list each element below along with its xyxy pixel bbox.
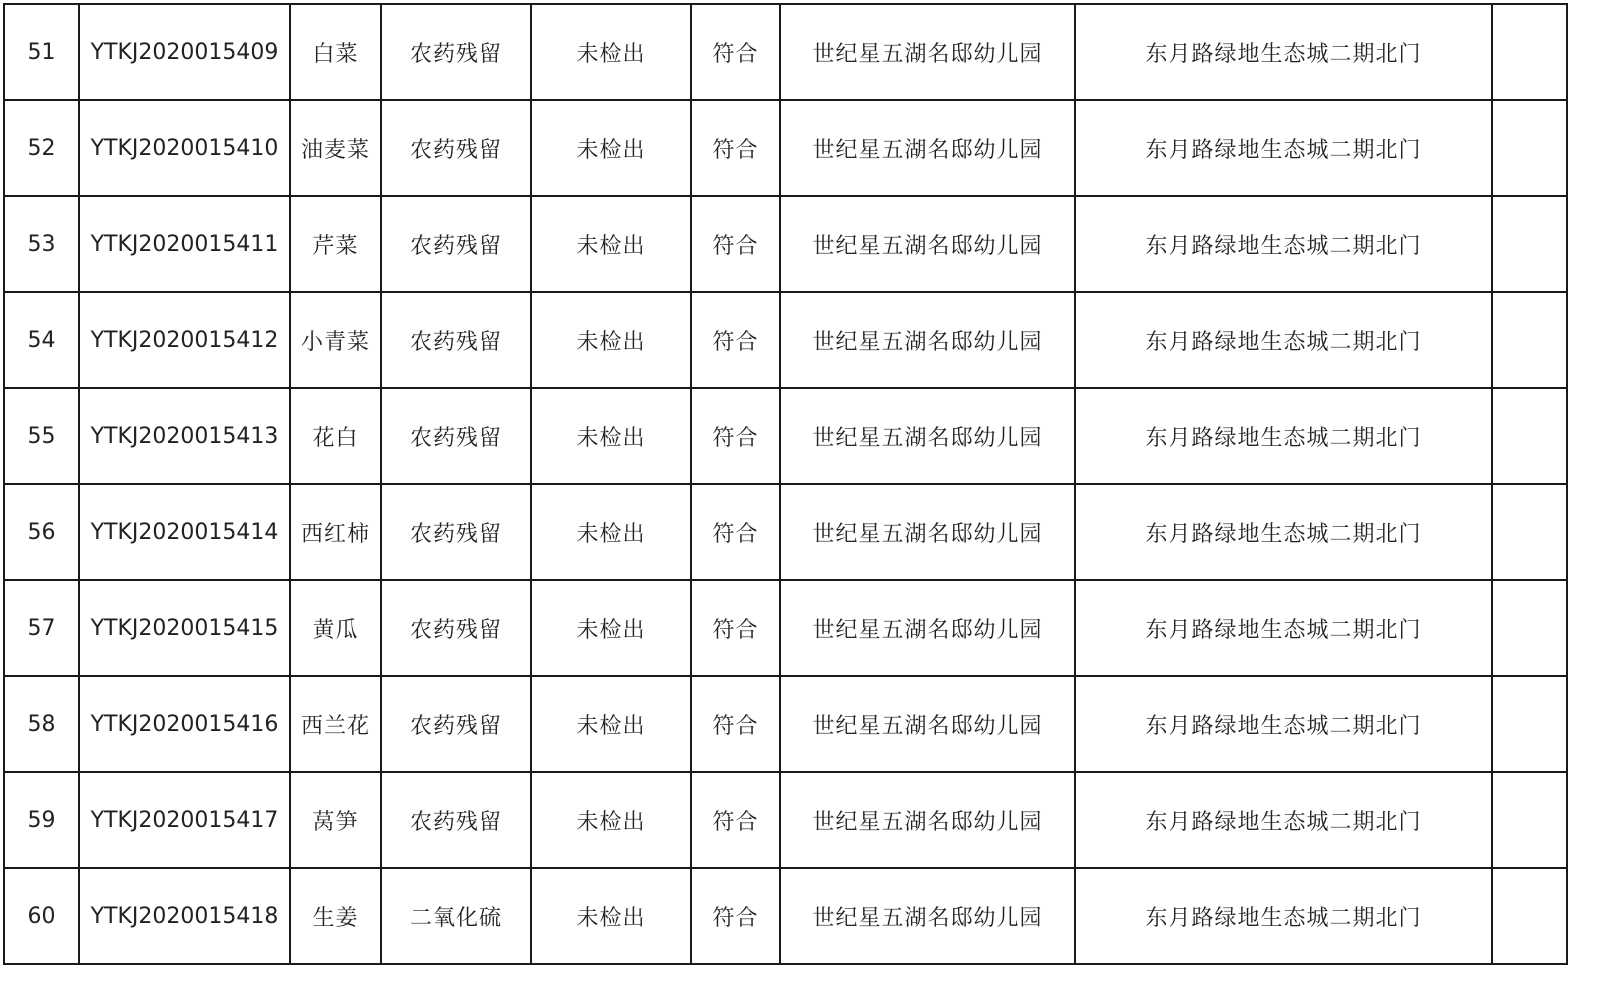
cell-result: 未检出 — [531, 388, 691, 484]
cell-result: 未检出 — [531, 868, 691, 964]
cell-sample-code: YTKJ2020015417 — [79, 772, 290, 868]
cell-number: 57 — [4, 580, 79, 676]
table-row: 56 YTKJ2020015414 西红柿 农药残留 未检出 符合 世纪星五湖名… — [4, 484, 1567, 580]
cell-number: 53 — [4, 196, 79, 292]
cell-sample-code: YTKJ2020015412 — [79, 292, 290, 388]
cell-number: 54 — [4, 292, 79, 388]
cell-test-item: 农药残留 — [381, 196, 531, 292]
cell-sampled-unit: 世纪星五湖名邸幼儿园 — [780, 292, 1075, 388]
cell-test-item: 农药残留 — [381, 484, 531, 580]
cell-number: 60 — [4, 868, 79, 964]
cell-result: 未检出 — [531, 580, 691, 676]
cell-address: 东月路绿地生态城二期北门 — [1075, 580, 1492, 676]
cell-judgement: 符合 — [691, 292, 780, 388]
table-row: 51 YTKJ2020015409 白菜 农药残留 未检出 符合 世纪星五湖名邸… — [4, 4, 1567, 100]
table-row: 54 YTKJ2020015412 小青菜 农药残留 未检出 符合 世纪星五湖名… — [4, 292, 1567, 388]
document-page: 51 YTKJ2020015409 白菜 农药残留 未检出 符合 世纪星五湖名邸… — [0, 0, 1600, 1004]
cell-sample-name: 芹菜 — [290, 196, 381, 292]
cell-number: 55 — [4, 388, 79, 484]
cell-sample-code: YTKJ2020015411 — [79, 196, 290, 292]
cell-sample-name: 油麦菜 — [290, 100, 381, 196]
cell-judgement: 符合 — [691, 4, 780, 100]
cell-result: 未检出 — [531, 196, 691, 292]
cell-remark — [1492, 4, 1567, 100]
cell-sample-name: 花白 — [290, 388, 381, 484]
cell-test-item: 二氧化硫 — [381, 868, 531, 964]
cell-judgement: 符合 — [691, 484, 780, 580]
cell-sampled-unit: 世纪星五湖名邸幼儿园 — [780, 772, 1075, 868]
cell-test-item: 农药残留 — [381, 292, 531, 388]
cell-sample-code: YTKJ2020015415 — [79, 580, 290, 676]
cell-remark — [1492, 580, 1567, 676]
cell-address: 东月路绿地生态城二期北门 — [1075, 100, 1492, 196]
table-row: 52 YTKJ2020015410 油麦菜 农药残留 未检出 符合 世纪星五湖名… — [4, 100, 1567, 196]
cell-address: 东月路绿地生态城二期北门 — [1075, 292, 1492, 388]
cell-sampled-unit: 世纪星五湖名邸幼儿园 — [780, 676, 1075, 772]
cell-number: 59 — [4, 772, 79, 868]
cell-number: 56 — [4, 484, 79, 580]
cell-sample-name: 西兰花 — [290, 676, 381, 772]
cell-sample-code: YTKJ2020015409 — [79, 4, 290, 100]
cell-remark — [1492, 484, 1567, 580]
cell-address: 东月路绿地生态城二期北门 — [1075, 388, 1492, 484]
cell-remark — [1492, 196, 1567, 292]
cell-remark — [1492, 388, 1567, 484]
cell-number: 52 — [4, 100, 79, 196]
cell-remark — [1492, 676, 1567, 772]
cell-result: 未检出 — [531, 292, 691, 388]
cell-sample-code: YTKJ2020015416 — [79, 676, 290, 772]
cell-sampled-unit: 世纪星五湖名邸幼儿园 — [780, 4, 1075, 100]
inspection-results-table: 51 YTKJ2020015409 白菜 农药残留 未检出 符合 世纪星五湖名邸… — [3, 3, 1568, 965]
cell-address: 东月路绿地生态城二期北门 — [1075, 772, 1492, 868]
cell-number: 58 — [4, 676, 79, 772]
table-body: 51 YTKJ2020015409 白菜 农药残留 未检出 符合 世纪星五湖名邸… — [4, 4, 1567, 964]
cell-sample-code: YTKJ2020015413 — [79, 388, 290, 484]
cell-sample-code: YTKJ2020015414 — [79, 484, 290, 580]
cell-sampled-unit: 世纪星五湖名邸幼儿园 — [780, 580, 1075, 676]
cell-address: 东月路绿地生态城二期北门 — [1075, 868, 1492, 964]
cell-test-item: 农药残留 — [381, 100, 531, 196]
cell-sampled-unit: 世纪星五湖名邸幼儿园 — [780, 196, 1075, 292]
cell-sample-name: 莴笋 — [290, 772, 381, 868]
cell-test-item: 农药残留 — [381, 676, 531, 772]
cell-sample-code: YTKJ2020015418 — [79, 868, 290, 964]
cell-judgement: 符合 — [691, 100, 780, 196]
cell-sample-name: 白菜 — [290, 4, 381, 100]
table-row: 53 YTKJ2020015411 芹菜 农药残留 未检出 符合 世纪星五湖名邸… — [4, 196, 1567, 292]
cell-judgement: 符合 — [691, 868, 780, 964]
cell-remark — [1492, 100, 1567, 196]
cell-result: 未检出 — [531, 484, 691, 580]
cell-result: 未检出 — [531, 772, 691, 868]
table-row: 57 YTKJ2020015415 黄瓜 农药残留 未检出 符合 世纪星五湖名邸… — [4, 580, 1567, 676]
cell-test-item: 农药残留 — [381, 4, 531, 100]
cell-remark — [1492, 772, 1567, 868]
table-row: 55 YTKJ2020015413 花白 农药残留 未检出 符合 世纪星五湖名邸… — [4, 388, 1567, 484]
cell-remark — [1492, 868, 1567, 964]
cell-judgement: 符合 — [691, 388, 780, 484]
cell-sample-name: 西红柿 — [290, 484, 381, 580]
cell-judgement: 符合 — [691, 676, 780, 772]
cell-address: 东月路绿地生态城二期北门 — [1075, 4, 1492, 100]
cell-result: 未检出 — [531, 100, 691, 196]
cell-number: 51 — [4, 4, 79, 100]
cell-sampled-unit: 世纪星五湖名邸幼儿园 — [780, 388, 1075, 484]
cell-test-item: 农药残留 — [381, 388, 531, 484]
table-row: 59 YTKJ2020015417 莴笋 农药残留 未检出 符合 世纪星五湖名邸… — [4, 772, 1567, 868]
table-row: 58 YTKJ2020015416 西兰花 农药残留 未检出 符合 世纪星五湖名… — [4, 676, 1567, 772]
cell-sampled-unit: 世纪星五湖名邸幼儿园 — [780, 484, 1075, 580]
cell-sampled-unit: 世纪星五湖名邸幼儿园 — [780, 868, 1075, 964]
cell-judgement: 符合 — [691, 580, 780, 676]
cell-result: 未检出 — [531, 4, 691, 100]
cell-test-item: 农药残留 — [381, 772, 531, 868]
cell-address: 东月路绿地生态城二期北门 — [1075, 676, 1492, 772]
cell-sampled-unit: 世纪星五湖名邸幼儿园 — [780, 100, 1075, 196]
cell-sample-code: YTKJ2020015410 — [79, 100, 290, 196]
cell-result: 未检出 — [531, 676, 691, 772]
cell-remark — [1492, 292, 1567, 388]
cell-address: 东月路绿地生态城二期北门 — [1075, 196, 1492, 292]
cell-address: 东月路绿地生态城二期北门 — [1075, 484, 1492, 580]
table-row: 60 YTKJ2020015418 生姜 二氧化硫 未检出 符合 世纪星五湖名邸… — [4, 868, 1567, 964]
cell-sample-name: 小青菜 — [290, 292, 381, 388]
cell-test-item: 农药残留 — [381, 580, 531, 676]
cell-sample-name: 生姜 — [290, 868, 381, 964]
cell-sample-name: 黄瓜 — [290, 580, 381, 676]
cell-judgement: 符合 — [691, 196, 780, 292]
cell-judgement: 符合 — [691, 772, 780, 868]
